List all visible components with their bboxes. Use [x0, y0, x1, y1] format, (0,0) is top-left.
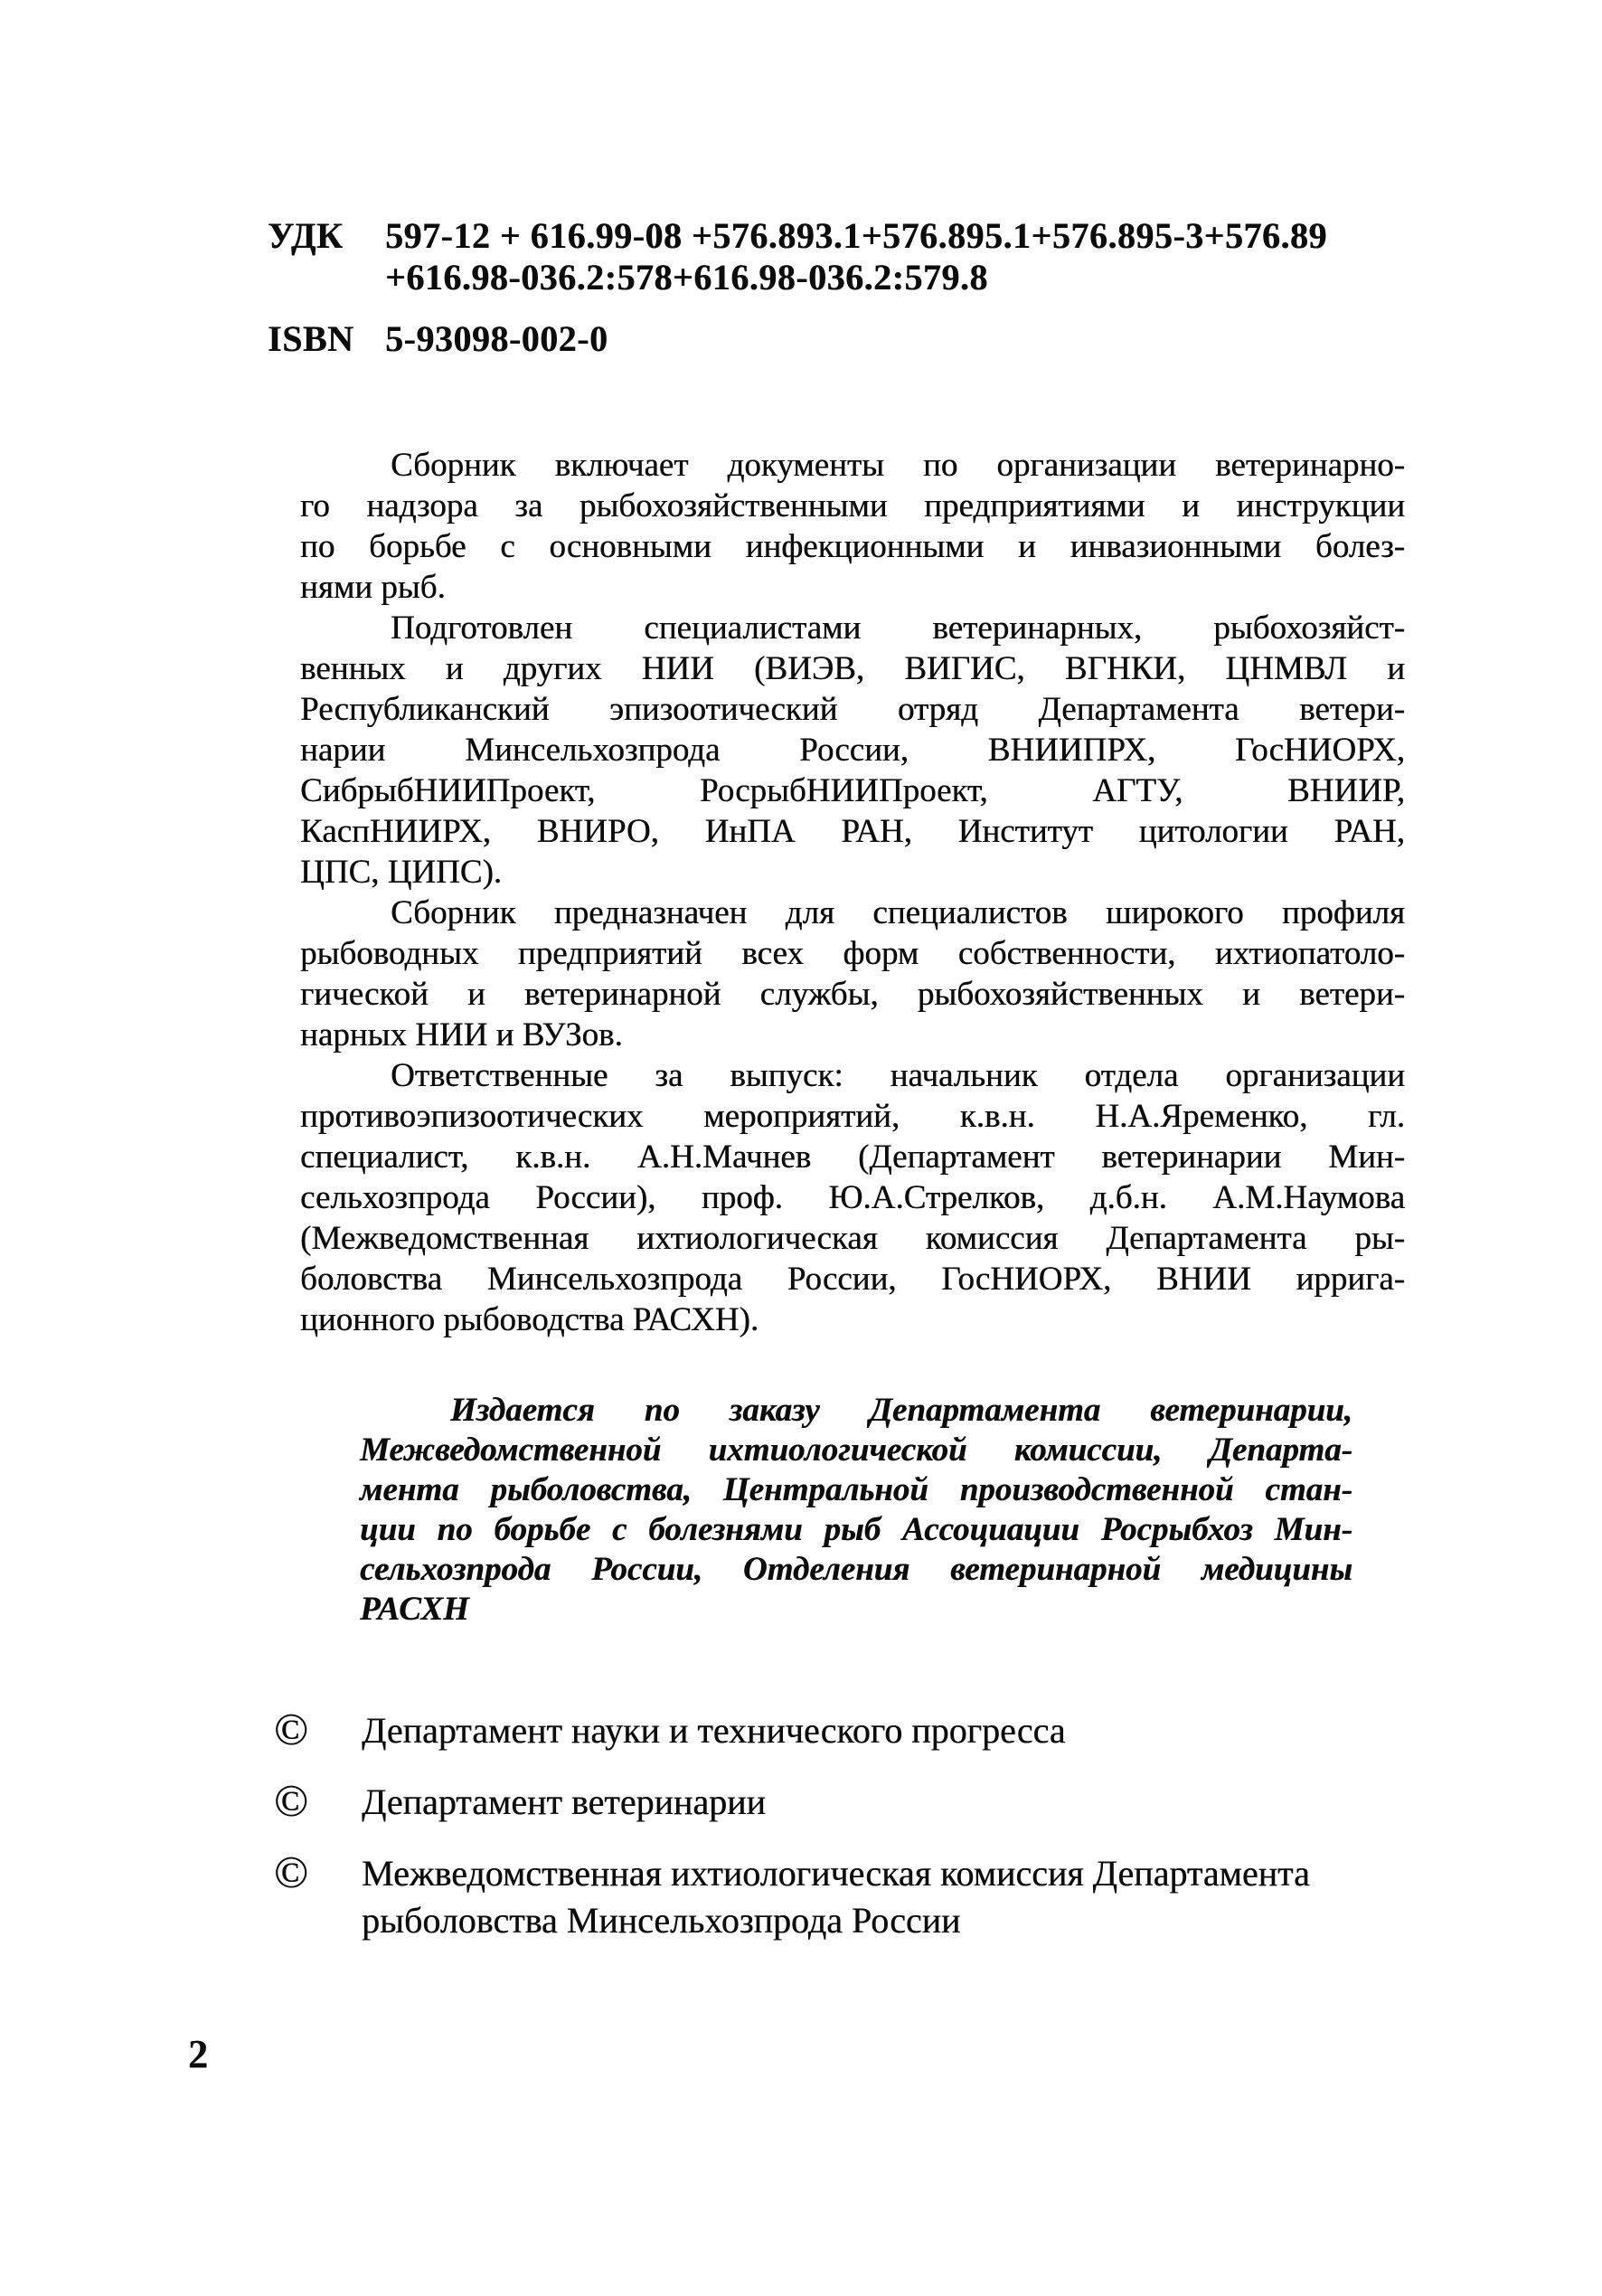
scanned-document-page: УДК 597-12 + 616.99-08 +576.893.1+576.89… [0, 0, 1602, 2296]
text-line: нями рыб. [300, 567, 1405, 608]
udc-line-1: 597-12 + 616.99-08 +576.893.1+576.895.1+… [385, 215, 1327, 257]
body-paragraph: Ответственные за выпуск: начальник отдел… [300, 1055, 1405, 1340]
text-line: боловства Минсельхозпрода России, ГосНИО… [300, 1259, 1405, 1299]
text-line: Подготовлен специалистами ветеринарных, … [300, 608, 1405, 648]
udc-line-2: +616.98-036.2:578+616.98-036.2:579.8 [385, 257, 1327, 298]
edition-note-line: сельхозпрода России, Отделения ветеринар… [360, 1550, 1352, 1590]
copyright-text: Департамент науки и технического прогрес… [362, 1707, 1383, 1754]
copyright-item: ©Департамент науки и технического прогре… [274, 1707, 1413, 1754]
text-line: го надзора за рыбохозяйственными предпри… [300, 486, 1405, 526]
edition-note-line: ции по борьбе с болезнями рыб Ассоциации… [360, 1510, 1352, 1550]
text-line: (Межведомственная ихтиологическая комисс… [300, 1218, 1405, 1259]
text-line: Сборник включает документы по организаци… [300, 445, 1405, 486]
udc-block: УДК 597-12 + 616.99-08 +576.893.1+576.89… [268, 215, 1327, 298]
isbn-value: 5-93098-002-0 [385, 318, 608, 360]
copyright-icon: © [274, 1779, 362, 1822]
edition-note: Издается по заказу Департамента ветерина… [360, 1391, 1352, 1630]
body-paragraph: Сборник предназначен для специалистов ши… [300, 893, 1405, 1055]
copyright-list: ©Департамент науки и технического прогре… [274, 1707, 1413, 1969]
isbn-label: ISBN [268, 318, 385, 360]
text-line: ционного рыбоводства РАСХН). [300, 1299, 1405, 1340]
body-paragraph: Подготовлен специалистами ветеринарных, … [300, 608, 1405, 893]
edition-note-line: мента рыболовства, Центральной производс… [360, 1470, 1352, 1510]
text-line: противоэпизоотических мероприятий, к.в.н… [300, 1096, 1405, 1137]
text-line: рыбоводных предприятий всех форм собстве… [300, 933, 1405, 974]
text-line: нарных НИИ и ВУЗов. [300, 1015, 1405, 1055]
edition-note-line: РАСХН [360, 1590, 1352, 1630]
copyright-icon: © [274, 1707, 362, 1751]
edition-note-line: Издается по заказу Департамента ветерина… [360, 1391, 1352, 1431]
annotation-text: Сборник включает документы по организаци… [300, 445, 1405, 1340]
text-line: гической и ветеринарной службы, рыбохозя… [300, 974, 1405, 1015]
page-number: 2 [188, 2031, 208, 2077]
body-paragraph: Сборник включает документы по организаци… [300, 445, 1405, 608]
copyright-icon: © [274, 1850, 362, 1894]
text-line: специалист, к.в.н. А.Н.Мачнев (Департаме… [300, 1137, 1405, 1177]
udc-value: 597-12 + 616.99-08 +576.893.1+576.895.1+… [385, 215, 1327, 298]
text-line: Сборник предназначен для специалистов ши… [300, 893, 1405, 933]
text-line: по борьбе с основными инфекционными и ин… [300, 526, 1405, 567]
copyright-text: Департамент ветеринарии [362, 1779, 1383, 1826]
udc-label: УДК [268, 215, 385, 257]
text-line: СибрыбНИИПроект, РосрыбНИИПроект, АГТУ, … [300, 770, 1405, 811]
isbn-block: ISBN 5-93098-002-0 [268, 318, 608, 360]
text-line: нарии Минсельхозпрода России, ВНИИПРХ, Г… [300, 730, 1405, 770]
text-line: сельхозпрода России), проф. Ю.А.Стрелков… [300, 1177, 1405, 1218]
edition-note-line: Межведомственной ихтиологической комисси… [360, 1431, 1352, 1470]
copyright-item: ©Департамент ветеринарии [274, 1779, 1413, 1826]
copyright-text: Межведомственная ихтиологическая комисси… [362, 1850, 1383, 1944]
text-line: КаспНИИРХ, ВНИРО, ИнПА РАН, Институт цит… [300, 811, 1405, 852]
text-line: Республиканский эпизоотический отряд Деп… [300, 689, 1405, 730]
text-line: венных и других НИИ (ВИЭВ, ВИГИС, ВГНКИ,… [300, 648, 1405, 689]
text-line: Ответственные за выпуск: начальник отдел… [300, 1055, 1405, 1096]
copyright-item: ©Межведомственная ихтиологическая комисс… [274, 1850, 1413, 1944]
text-line: ЦПС, ЦИПС). [300, 852, 1405, 893]
